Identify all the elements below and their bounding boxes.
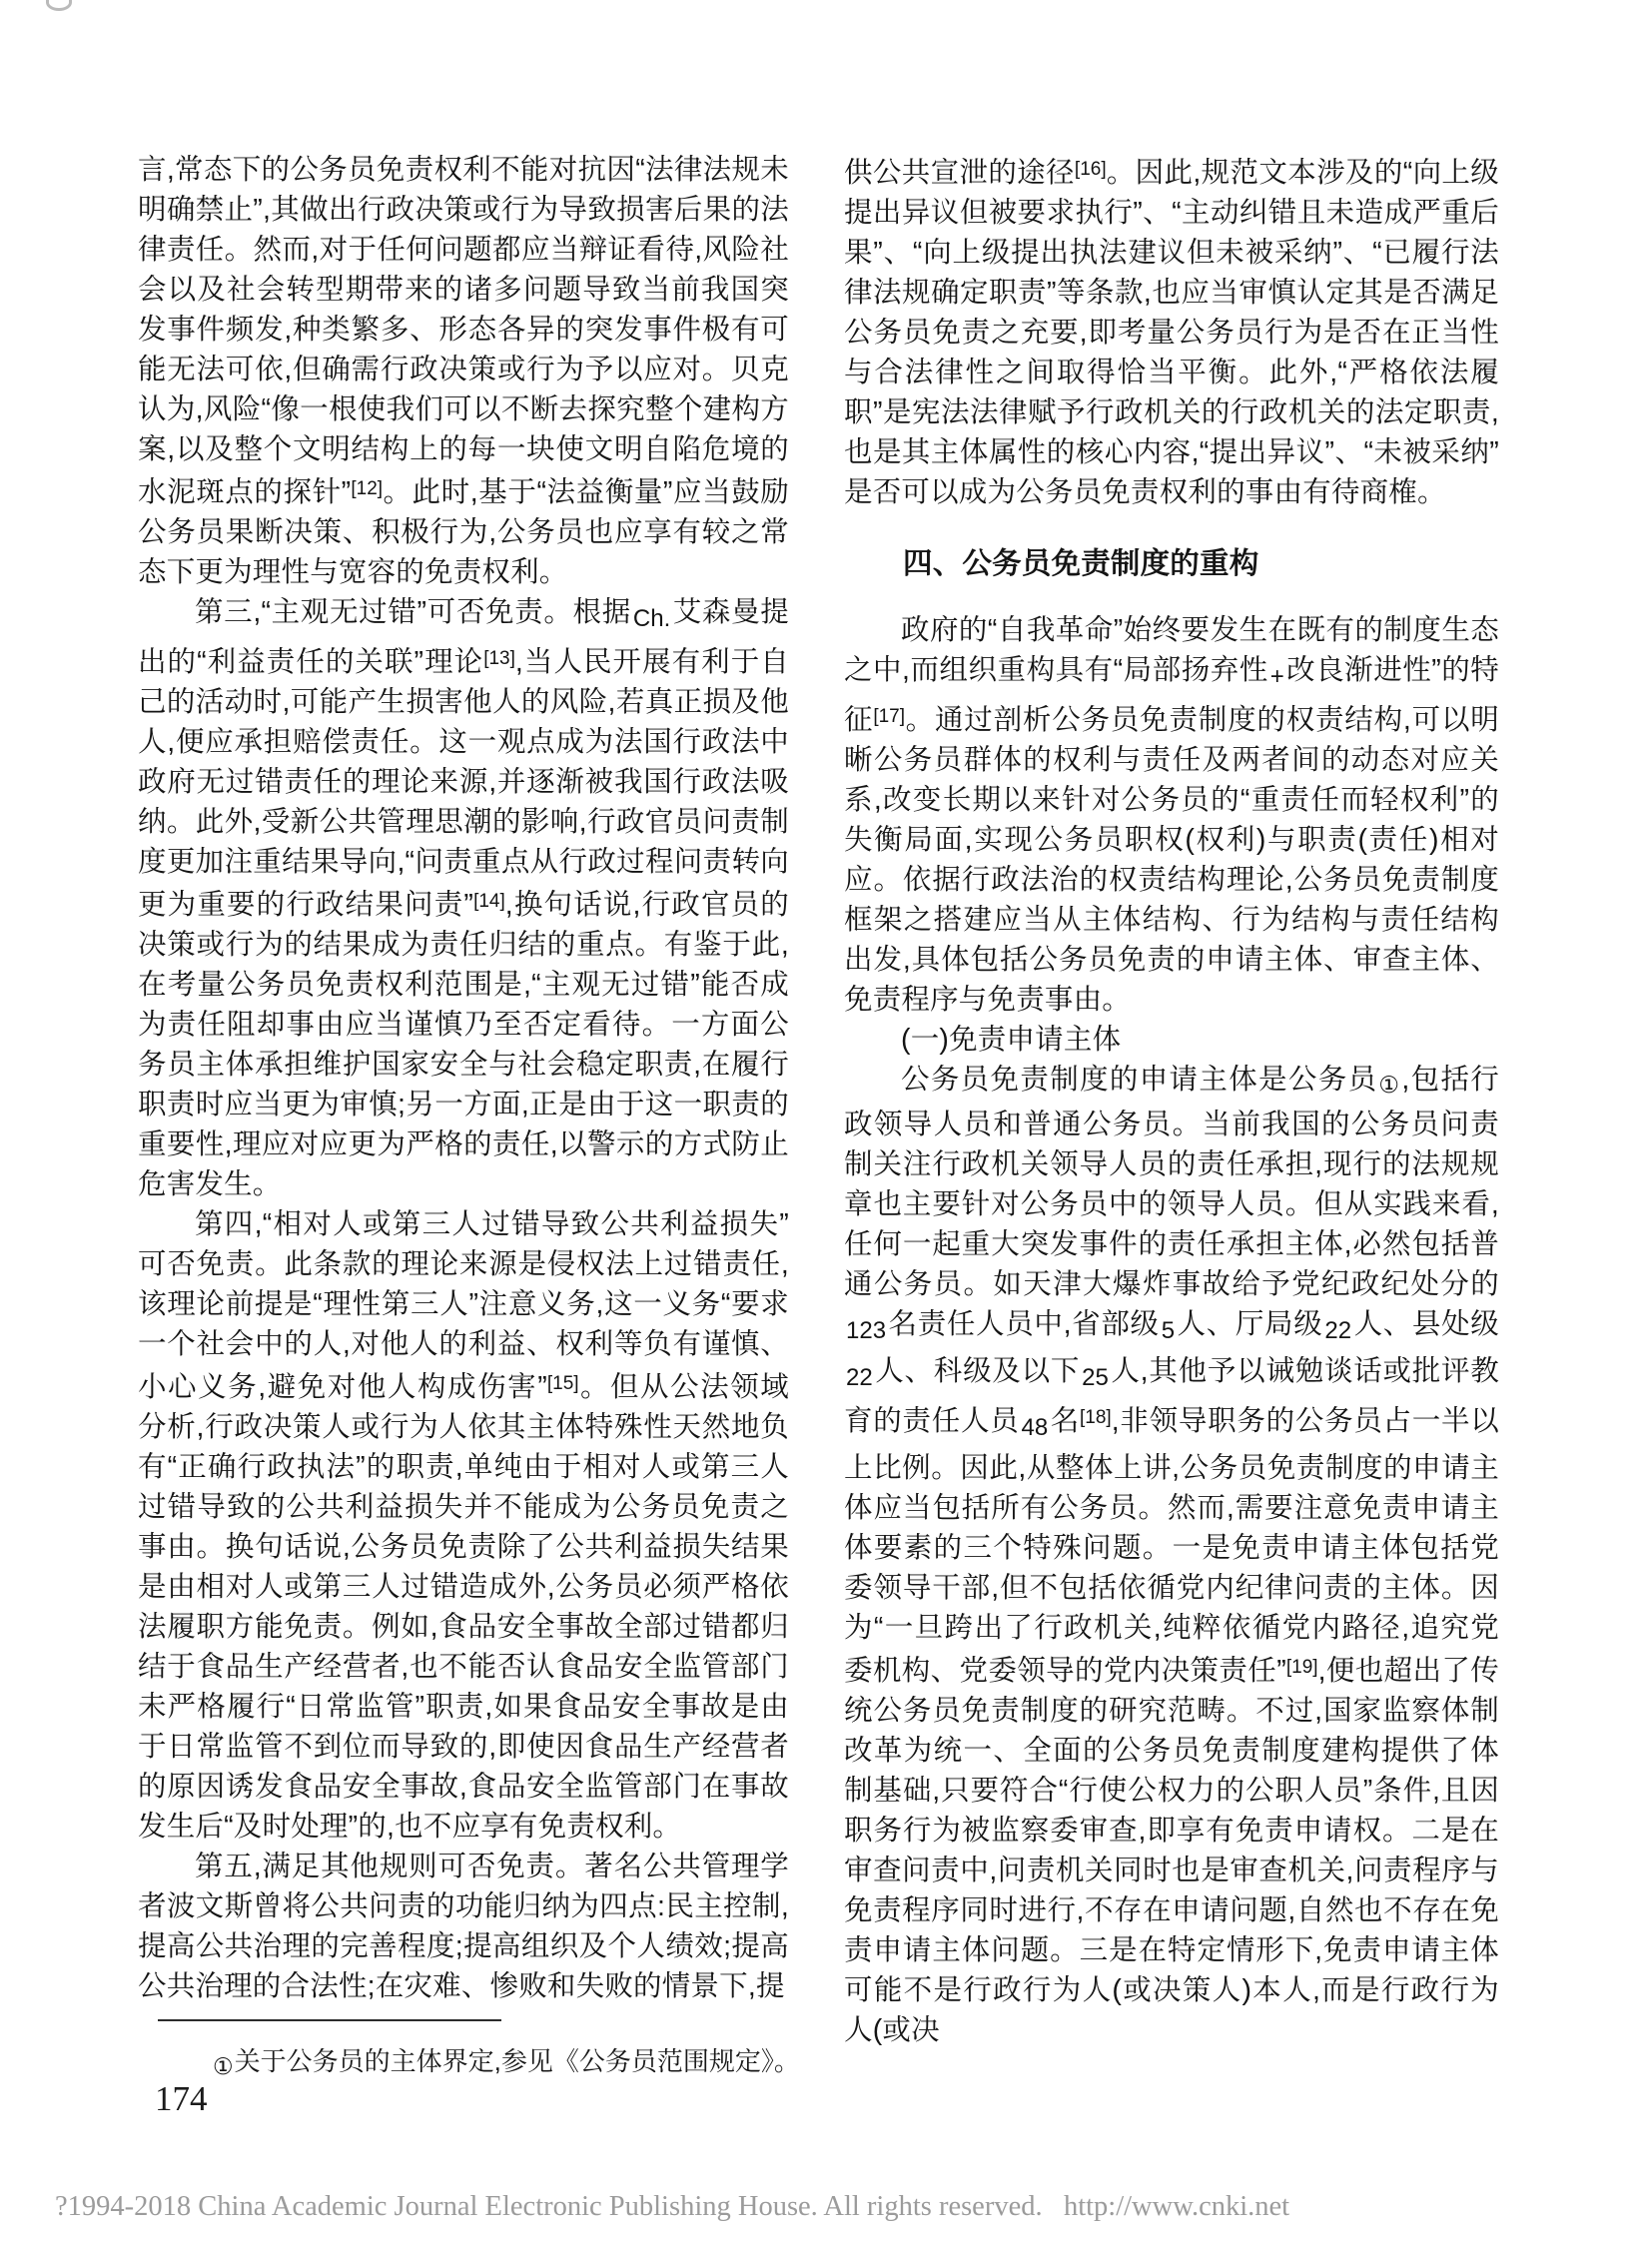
- citation-ref: [16]: [1075, 159, 1107, 180]
- scan-artifact: [46, 0, 72, 11]
- citation-ref: [17]: [873, 706, 905, 727]
- citation-ref: [19]: [1286, 1657, 1318, 1678]
- citation-ref: [15]: [547, 1373, 579, 1394]
- latin-run: +: [1268, 663, 1286, 690]
- footnote-marker: ①: [1377, 1072, 1401, 1098]
- paragraph: 供公共宣泄的途径[16]。因此,规范文本涉及的“向上级提出异议但被要求执行”、“…: [844, 150, 1499, 512]
- latin-run: 5: [1160, 1317, 1177, 1344]
- footnote-divider: [158, 2019, 501, 2021]
- citation-ref: [13]: [483, 648, 515, 669]
- right-column: 供公共宣泄的途径[16]。因此,规范文本涉及的“向上级提出异议但被要求执行”、“…: [844, 150, 1499, 2050]
- citation-ref: [14]: [473, 891, 505, 912]
- copyright-footer: ?1994-2018 China Academic Journal Electr…: [55, 2191, 1289, 2223]
- sub-section-heading: (一)免责申请主体: [844, 1020, 1499, 1060]
- paragraph: 政府的“自我革命”始终要发生在既有的制度生态之中,而组织重构具有“局部扬弃性+改…: [844, 610, 1499, 1020]
- latin-run: 22: [844, 1364, 875, 1391]
- paragraph: 第四,“相对人或第三人过错导致公共利益损失”可否免责。此条款的理论来源是侵权法上…: [138, 1204, 789, 1847]
- paragraph: 第三,“主观无过错”可否免责。根据Ch.艾森曼提出的“利益责任的关联”理论[13…: [138, 592, 789, 1204]
- latin-run: 123: [844, 1317, 888, 1344]
- left-column: 言,常态下的公务员免责权利不能对抗因“法律法规未明确禁止”,其做出行政决策或行为…: [138, 150, 789, 2006]
- page-number: 174: [155, 2079, 208, 2119]
- paragraph: 公务员免责制度的申请主体是公务员①,包括行政领导人员和普通公务员。当前我国的公务…: [844, 1060, 1499, 2050]
- latin-run: 48: [1019, 1414, 1050, 1441]
- citation-ref: [18]: [1080, 1407, 1112, 1428]
- footnote: ①关于公务员的主体界定,参见《公务员范围规定》。: [138, 2043, 817, 2084]
- latin-run: 22: [1322, 1317, 1353, 1344]
- journal-page: 言,常态下的公务员免责权利不能对抗因“法律法规未明确禁止”,其做出行政决策或行为…: [0, 0, 1652, 2241]
- latin-run: Ch.: [631, 605, 672, 632]
- footnote-marker: ①: [212, 2053, 235, 2079]
- paragraph: 第五,满足其他规则可否免责。著名公共管理学者波文斯曾将公共问责的功能归纳为四点:…: [138, 1847, 789, 2006]
- section-heading: 四、公务员免责制度的重构: [844, 544, 1499, 584]
- paragraph: 言,常态下的公务员免责权利不能对抗因“法律法规未明确禁止”,其做出行政决策或行为…: [138, 150, 789, 592]
- latin-run: 25: [1080, 1364, 1111, 1391]
- citation-ref: [12]: [351, 478, 383, 499]
